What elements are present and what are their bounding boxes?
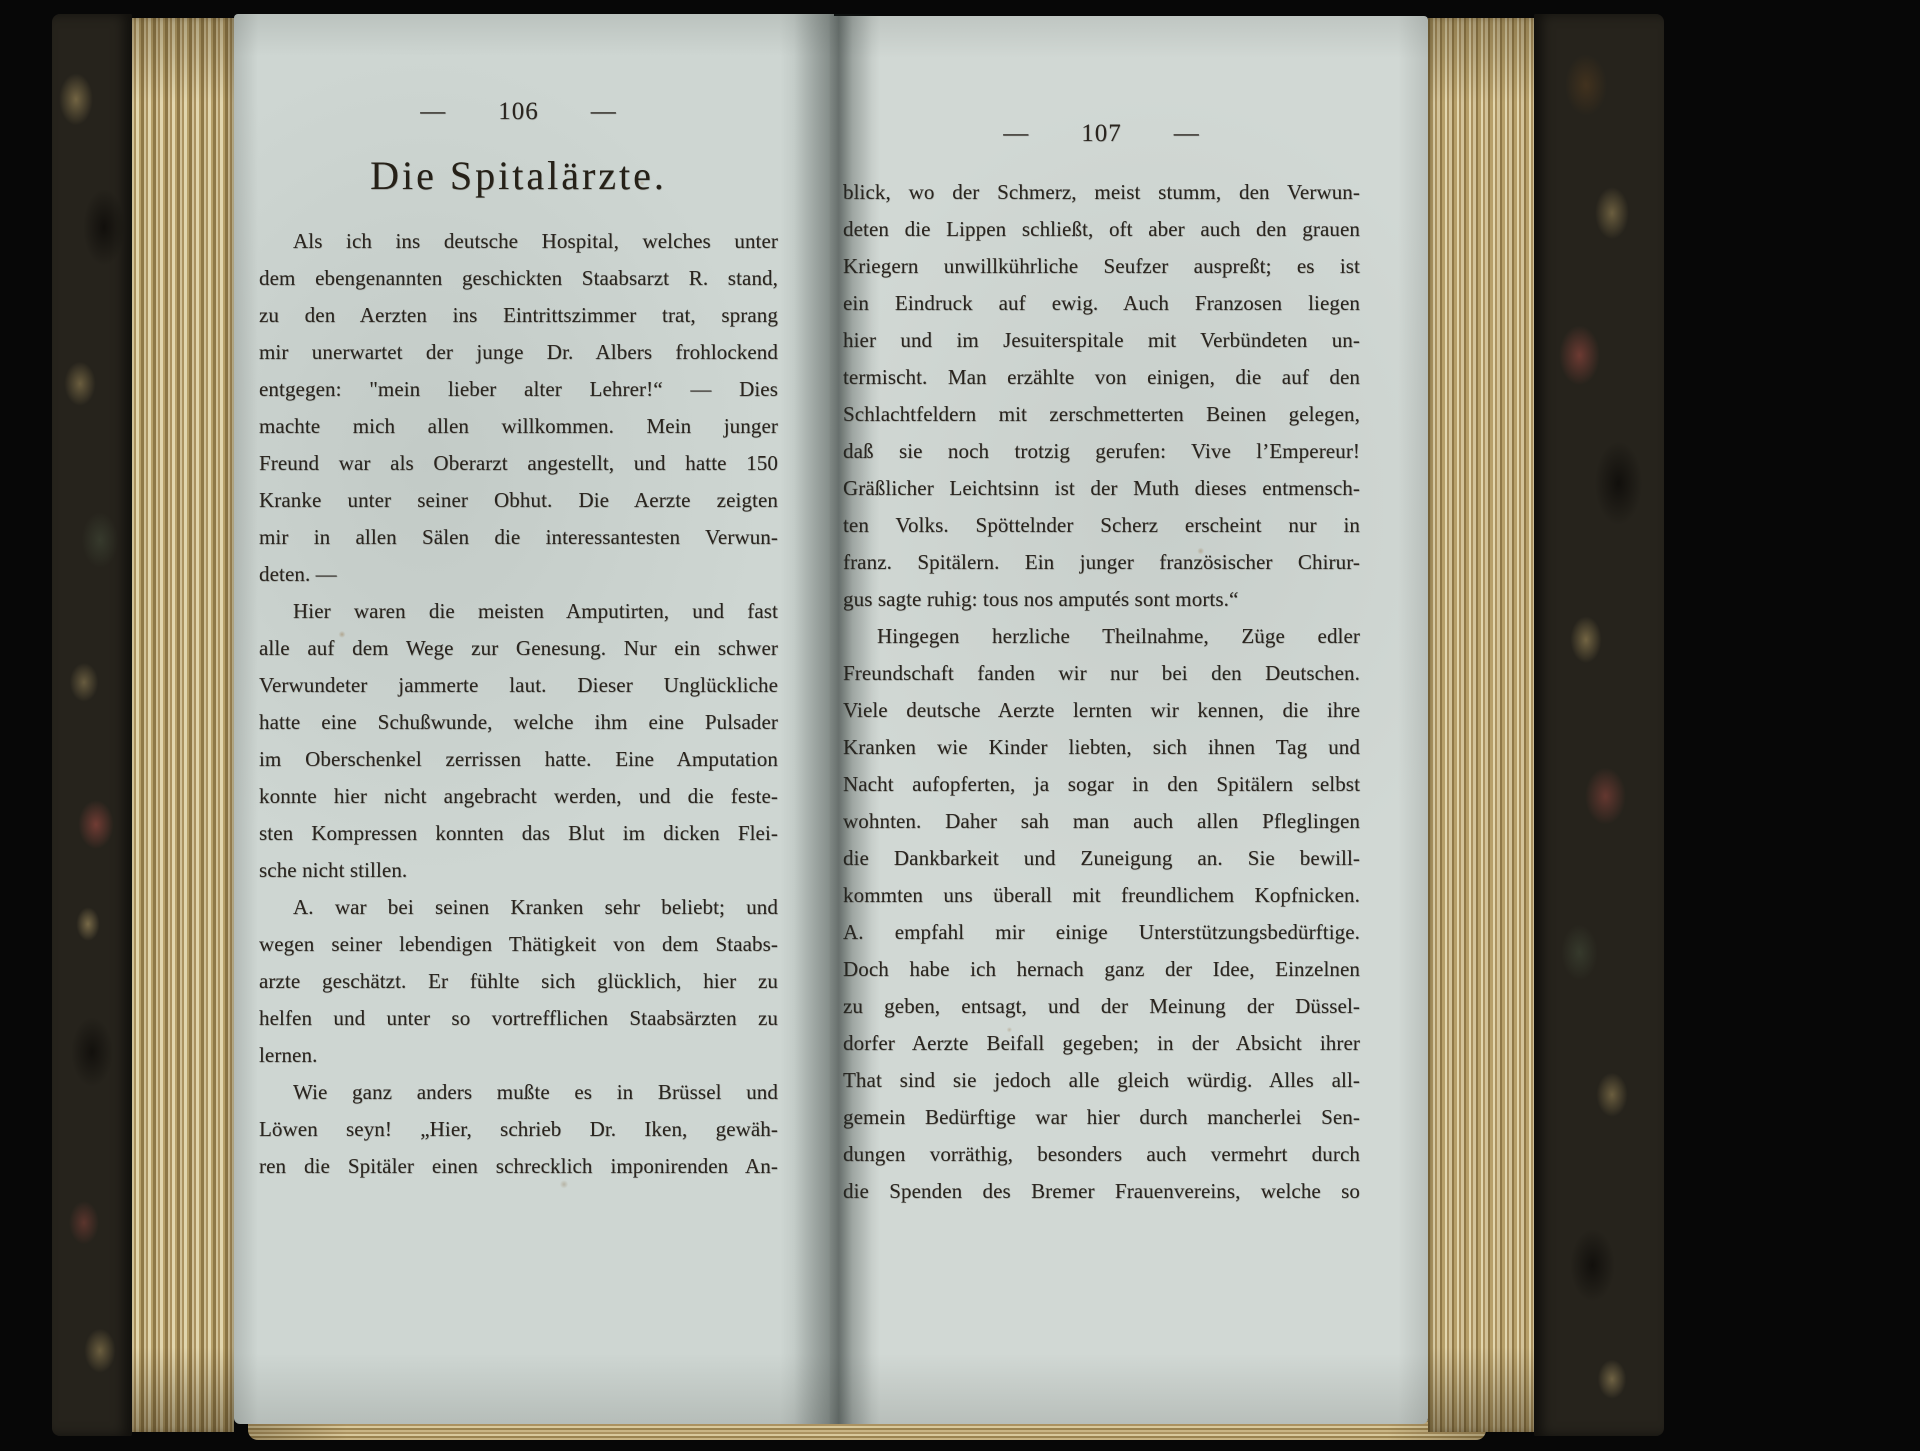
paragraph: A. war bei seinen Kranken sehr beliebt; … bbox=[259, 889, 778, 1074]
text-line: Freundschaft fanden wir nur bei den Deut… bbox=[843, 655, 1360, 692]
text-line: ren die Spitäler einen schrecklich impon… bbox=[259, 1148, 778, 1185]
chapter-title: Die Spitalärzte. bbox=[259, 152, 778, 199]
text-line: konnte hier nicht angebracht werden, und… bbox=[259, 778, 778, 815]
text-line: franz. Spitälern. Ein junger französisch… bbox=[843, 544, 1360, 581]
text-line: arzte geschätzt. Er fühlte sich glücklic… bbox=[259, 963, 778, 1000]
text-line: zu den Aerzten ins Eintrittszimmer trat,… bbox=[259, 297, 778, 334]
text-line: gus sagte ruhig: tous nos amputés sont m… bbox=[843, 581, 1360, 618]
text-line: Löwen seyn! „Hier, schrieb Dr. Iken, gew… bbox=[259, 1111, 778, 1148]
text-line: Verwundeter jammerte laut. Dieser Unglüc… bbox=[259, 667, 778, 704]
header-dash-left: — bbox=[1003, 120, 1029, 148]
paragraph: Als ich ins deutsche Hospital, welches u… bbox=[259, 223, 778, 593]
book-photo: — 106 — Die Spitalärzte. Als ich ins deu… bbox=[0, 0, 1920, 1451]
text-line: dorfer Aerzte Beifall gegeben; in der Ab… bbox=[843, 1025, 1360, 1062]
text-line: Wie ganz anders mußte es in Brüssel und bbox=[259, 1074, 778, 1111]
text-line: sten Kompressen konnten das Blut im dick… bbox=[259, 815, 778, 852]
text-line: blick, wo der Schmerz, meist stumm, den … bbox=[843, 174, 1360, 211]
text-line: kommten uns überall mit freundlichem Kop… bbox=[843, 877, 1360, 914]
text-line: Gräßlicher Leichtsinn ist der Muth diese… bbox=[843, 470, 1360, 507]
right-page-edges bbox=[1428, 18, 1534, 1432]
text-line: That sind sie jedoch alle gleich würdig.… bbox=[843, 1062, 1360, 1099]
text-line: lernen. bbox=[259, 1037, 778, 1074]
text-line: daß sie noch trotzig gerufen: Vive l’Emp… bbox=[843, 433, 1360, 470]
page-107: — 107 — blick, wo der Schmerz, meist stu… bbox=[830, 16, 1428, 1424]
text-line: die Dankbarkeit und Zuneigung an. Sie be… bbox=[843, 840, 1360, 877]
paragraph: Wie ganz anders mußte es in Brüssel undL… bbox=[259, 1074, 778, 1185]
text-line: deten die Lippen schließt, oft aber auch… bbox=[843, 211, 1360, 248]
header-dash-right: — bbox=[1174, 120, 1200, 148]
header-dash-left: — bbox=[420, 98, 446, 126]
text-line: im Oberschenkel zerrissen hatte. Eine Am… bbox=[259, 741, 778, 778]
text-line: die Spenden des Bremer Frauenvereins, we… bbox=[843, 1173, 1360, 1210]
text-line: entgegen: "mein lieber alter Lehrer!“ — … bbox=[259, 371, 778, 408]
page-107-content: — 107 — blick, wo der Schmerz, meist stu… bbox=[830, 120, 1428, 1210]
text-line: Als ich ins deutsche Hospital, welches u… bbox=[259, 223, 778, 260]
paragraph: Hier waren die meisten Amputirten, und f… bbox=[259, 593, 778, 889]
text-line: Kranken wie Kinder liebten, sich ihnen T… bbox=[843, 729, 1360, 766]
text-line: A. empfahl mir einige Unterstützungsbedü… bbox=[843, 914, 1360, 951]
text-line: mir in allen Sälen die interessantesten … bbox=[259, 519, 778, 556]
text-line: dungen vorräthig, besonders auch vermehr… bbox=[843, 1136, 1360, 1173]
text-line: sche nicht stillen. bbox=[259, 852, 778, 889]
text-line: hatte eine Schußwunde, welche ihm eine P… bbox=[259, 704, 778, 741]
text-line: A. war bei seinen Kranken sehr beliebt; … bbox=[259, 889, 778, 926]
page-header-107: — 107 — bbox=[843, 120, 1360, 148]
page-107-body: blick, wo der Schmerz, meist stumm, den … bbox=[843, 174, 1360, 1210]
text-line: ten Volks. Spöttelnder Scherz erscheint … bbox=[843, 507, 1360, 544]
page-106-body: Als ich ins deutsche Hospital, welches u… bbox=[259, 223, 778, 1185]
text-line: hier und im Jesuiterspitale mit Verbünde… bbox=[843, 322, 1360, 359]
text-line: dem ebengenannten geschickten Staabsarzt… bbox=[259, 260, 778, 297]
text-line: ein Eindruck auf ewig. Auch Franzosen li… bbox=[843, 285, 1360, 322]
page-number-106: 106 bbox=[498, 98, 539, 126]
text-line: Freund war als Oberarzt angestellt, und … bbox=[259, 445, 778, 482]
left-marbled-cover bbox=[52, 14, 132, 1436]
right-marbled-cover bbox=[1534, 14, 1664, 1436]
paragraph: Hingegen herzliche Theilnahme, Züge edle… bbox=[843, 618, 1360, 1210]
text-line: Viele deutsche Aerzte lernten wir kennen… bbox=[843, 692, 1360, 729]
header-dash-right: — bbox=[591, 98, 617, 126]
text-line: machte mich allen willkommen. Mein junge… bbox=[259, 408, 778, 445]
text-line: Doch habe ich hernach ganz der Idee, Ein… bbox=[843, 951, 1360, 988]
text-line: Kriegern unwillkührliche Seufzer auspreß… bbox=[843, 248, 1360, 285]
text-line: gemein Bedürftige war hier durch mancher… bbox=[843, 1099, 1360, 1136]
text-line: mir unerwartet der junge Dr. Albers froh… bbox=[259, 334, 778, 371]
text-line: deten. — bbox=[259, 556, 778, 593]
text-line: Kranke unter seiner Obhut. Die Aerzte ze… bbox=[259, 482, 778, 519]
page-106: — 106 — Die Spitalärzte. Als ich ins deu… bbox=[234, 14, 834, 1424]
text-line: Hier waren die meisten Amputirten, und f… bbox=[259, 593, 778, 630]
text-line: termischt. Man erzählte von einigen, die… bbox=[843, 359, 1360, 396]
paragraph: blick, wo der Schmerz, meist stumm, den … bbox=[843, 174, 1360, 618]
text-line: Nacht aufopferten, ja sogar in den Spitä… bbox=[843, 766, 1360, 803]
page-number-107: 107 bbox=[1081, 120, 1122, 148]
text-line: helfen und unter so vortrefflichen Staab… bbox=[259, 1000, 778, 1037]
page-106-content: — 106 — Die Spitalärzte. Als ich ins deu… bbox=[234, 98, 834, 1185]
text-line: wegen seiner lebendigen Thätigkeit von d… bbox=[259, 926, 778, 963]
left-page-edges bbox=[132, 18, 234, 1432]
open-book: — 106 — Die Spitalärzte. Als ich ins deu… bbox=[52, 8, 1670, 1442]
text-line: Schlachtfeldern mit zerschmetterten Bein… bbox=[843, 396, 1360, 433]
page-header-106: — 106 — bbox=[259, 98, 778, 126]
text-line: alle auf dem Wege zur Genesung. Nur ein … bbox=[259, 630, 778, 667]
text-line: zu geben, entsagt, und der Meinung der D… bbox=[843, 988, 1360, 1025]
text-line: wohnten. Daher sah man auch allen Pflegl… bbox=[843, 803, 1360, 840]
text-line: Hingegen herzliche Theilnahme, Züge edle… bbox=[843, 618, 1360, 655]
